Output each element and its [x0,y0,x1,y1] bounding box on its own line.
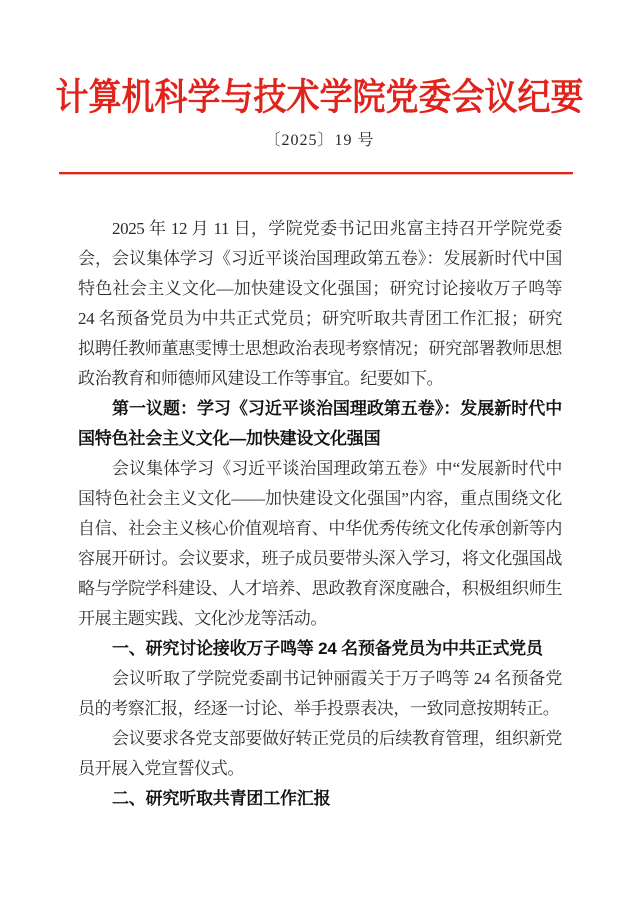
document-title: 计算机科学与技术学院党委会议纪要 [0,76,639,121]
red-divider-rule [59,172,573,175]
paragraph-topic-1-detail: 会议集体学习《习近平谈治国理政第五卷》中“发展新时代中国特色社会主义文化——加快… [78,454,562,634]
section-heading-topic-1: 第一议题：学习《习近平谈治国理政第五卷》：发展新时代中国特色社会主义文化—加快建… [78,394,562,454]
document-page: 计算机科学与技术学院党委会议纪要 〔2025〕19 号 2025 年 12 月 … [0,0,639,905]
section-heading-item-2: 二、研究听取共青团工作汇报 [78,784,562,814]
document-body: 2025 年 12 月 11 日，学院党委书记田兆富主持召开学院党委会，会议集体… [78,214,562,814]
paragraph-item-1-detail-a: 会议听取了学院党委副书记钟丽霞关于万子鸣等 24 名预备党员的考察汇报，经逐一讨… [78,664,562,724]
section-heading-item-1: 一、研究讨论接收万子鸣等 24 名预备党员为中共正式党员 [78,634,562,664]
paragraph-item-1-detail-b: 会议要求各党支部要做好转正党员的后续教育管理，组织新党员开展入党宣誓仪式。 [78,724,562,784]
paragraph-intro: 2025 年 12 月 11 日，学院党委书记田兆富主持召开学院党委会，会议集体… [78,214,562,394]
document-number: 〔2025〕19 号 [0,130,639,152]
